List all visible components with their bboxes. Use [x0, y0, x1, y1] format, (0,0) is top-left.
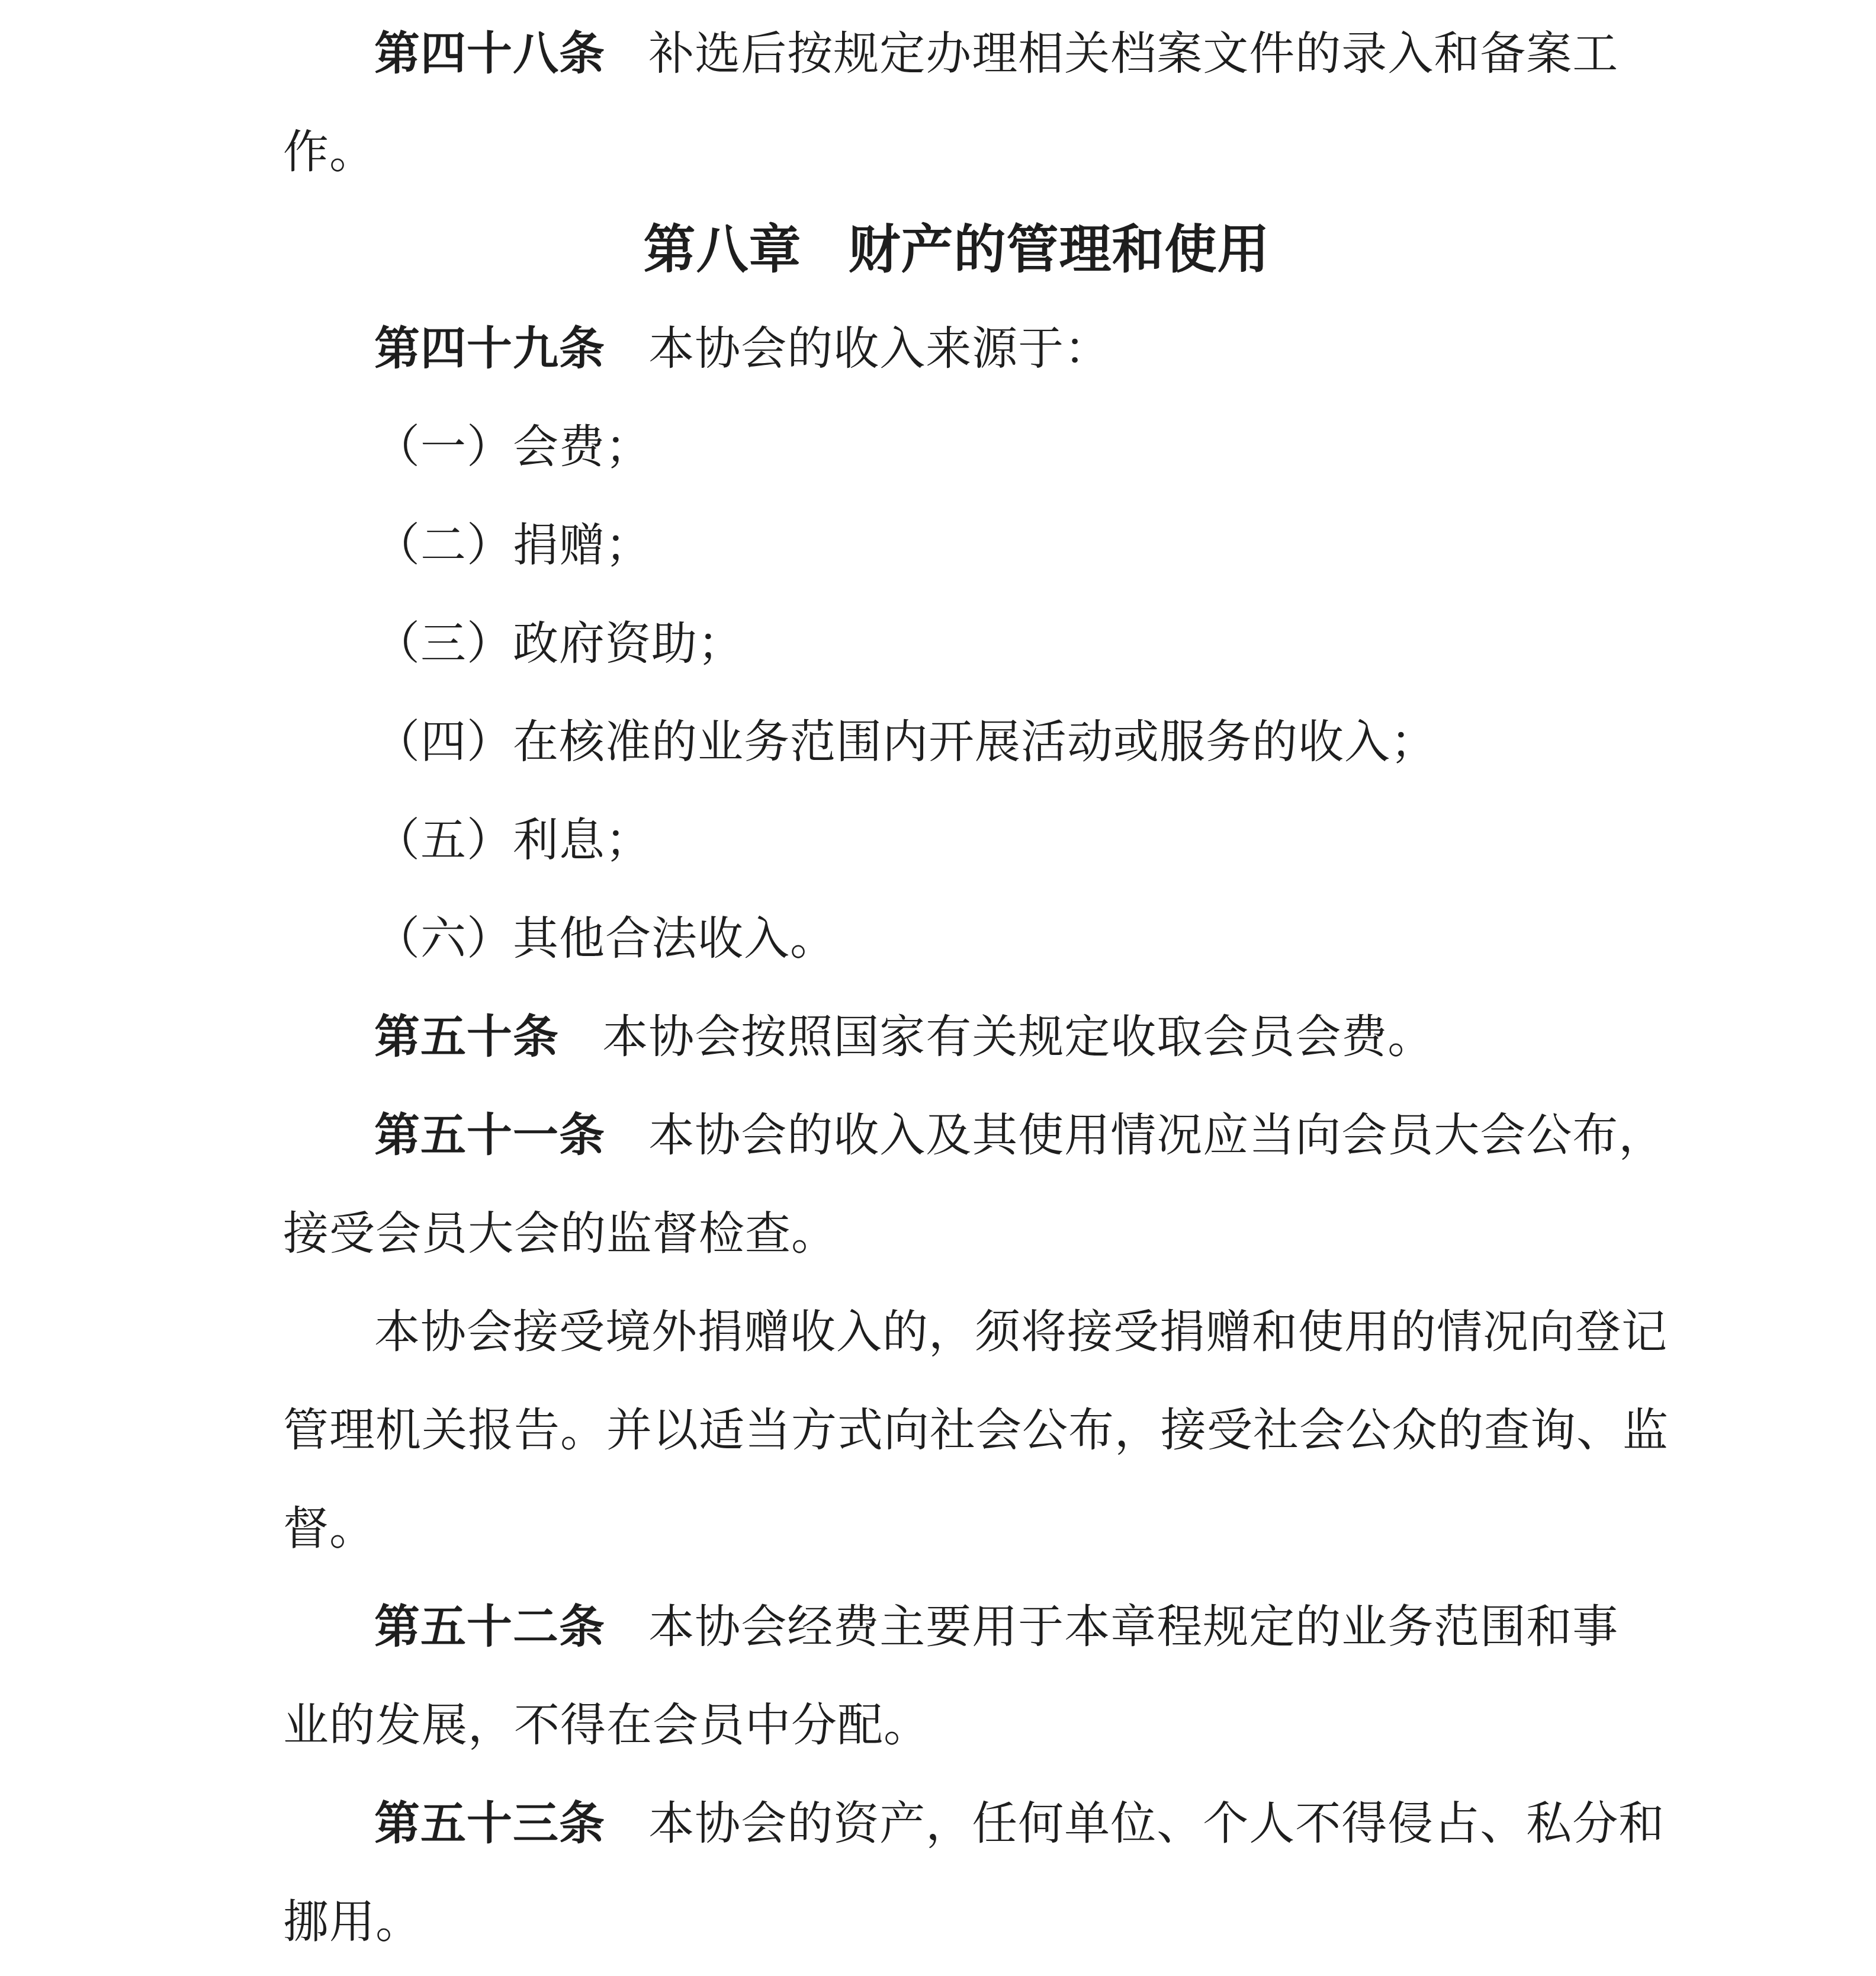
line-text: 本协会的收入及其使用情况应当向会员大会公布，	[648, 1110, 1665, 1161]
article-number: 第四十九条	[374, 323, 605, 374]
document-line: 业的发展，不得在会员中分配。	[283, 1676, 1630, 1775]
article-number: 第四十八条	[374, 28, 605, 79]
line-text: 挪用。	[283, 1897, 422, 1948]
document-line: （一）会费；	[283, 398, 1630, 496]
line-text: （三）政府资助；	[374, 618, 744, 669]
document-line: 管理机关报告。并以适当方式向社会公布，接受社会公众的查询、监	[283, 1381, 1630, 1480]
article-number: 第五十三条	[374, 1798, 605, 1849]
line-text: 本协会按照国家有关规定收取会员会费。	[602, 1012, 1434, 1063]
document-line: （二）捐赠；	[283, 496, 1630, 595]
line-text: 本协会的收入来源于：	[648, 323, 1110, 374]
chapter-number: 第八章	[643, 222, 801, 279]
line-text: （六）其他合法收入。	[374, 913, 836, 964]
line-text: 本协会经费主要用于本章程规定的业务范围和事	[648, 1602, 1618, 1653]
document-line: 第四十八条补选后按规定办理相关档案文件的录入和备案工	[283, 5, 1630, 103]
line-text: 本协会接受境外捐赠收入的，须将接受捐赠和使用的情况向登记	[374, 1307, 1668, 1358]
article-number: 第五十二条	[374, 1602, 605, 1653]
document-line: 第五十条本协会按照国家有关规定收取会员会费。	[283, 988, 1630, 1086]
document-line: 接受会员大会的监督检查。	[283, 1185, 1630, 1283]
line-text: 作。	[283, 127, 375, 178]
document-line: 第五十三条本协会的资产，任何单位、个人不得侵占、私分和	[283, 1775, 1630, 1873]
document-line: （五）利息；	[283, 791, 1630, 890]
document-line: （三）政府资助；	[283, 595, 1630, 693]
document-page: 第四十八条补选后按规定办理相关档案文件的录入和备案工作。第八章财产的管理和使用第…	[0, 0, 1876, 1976]
article-number: 第五十条	[374, 1012, 559, 1063]
line-text: 接受会员大会的监督检查。	[283, 1208, 837, 1259]
document-line: 第五十一条本协会的收入及其使用情况应当向会员大会公布，	[283, 1086, 1630, 1185]
article-number: 第五十一条	[374, 1110, 605, 1161]
chapter-heading: 第八章财产的管理和使用	[283, 201, 1630, 300]
document-line: （六）其他合法收入。	[283, 890, 1630, 988]
document-line: 挪用。	[283, 1873, 1630, 1971]
line-text: 管理机关报告。并以适当方式向社会公布，接受社会公众的查询、监	[283, 1405, 1669, 1456]
document-line: 本协会接受境外捐赠收入的，须将接受捐赠和使用的情况向登记	[283, 1283, 1630, 1381]
line-text: 业的发展，不得在会员中分配。	[283, 1700, 930, 1751]
document-line: 督。	[283, 1480, 1630, 1578]
line-text: 本协会的资产，任何单位、个人不得侵占、私分和	[648, 1798, 1665, 1849]
line-text: （五）利息；	[374, 815, 651, 866]
document-line: （四）在核准的业务范围内开展活动或服务的收入；	[283, 693, 1630, 791]
line-text: 财产的管理和使用	[849, 222, 1270, 279]
line-text: （四）在核准的业务范围内开展活动或服务的收入；	[374, 717, 1437, 768]
document-content: 第四十八条补选后按规定办理相关档案文件的录入和备案工作。第八章财产的管理和使用第…	[283, 5, 1630, 1971]
line-text: （一）会费；	[374, 422, 651, 473]
document-line: 作。	[283, 103, 1630, 201]
document-line: 第五十二条本协会经费主要用于本章程规定的业务范围和事	[283, 1578, 1630, 1676]
document-line: 第四十九条本协会的收入来源于：	[283, 300, 1630, 398]
line-text: （二）捐赠；	[374, 520, 651, 571]
line-text: 补选后按规定办理相关档案文件的录入和备案工	[648, 28, 1618, 79]
line-text: 督。	[283, 1503, 375, 1554]
